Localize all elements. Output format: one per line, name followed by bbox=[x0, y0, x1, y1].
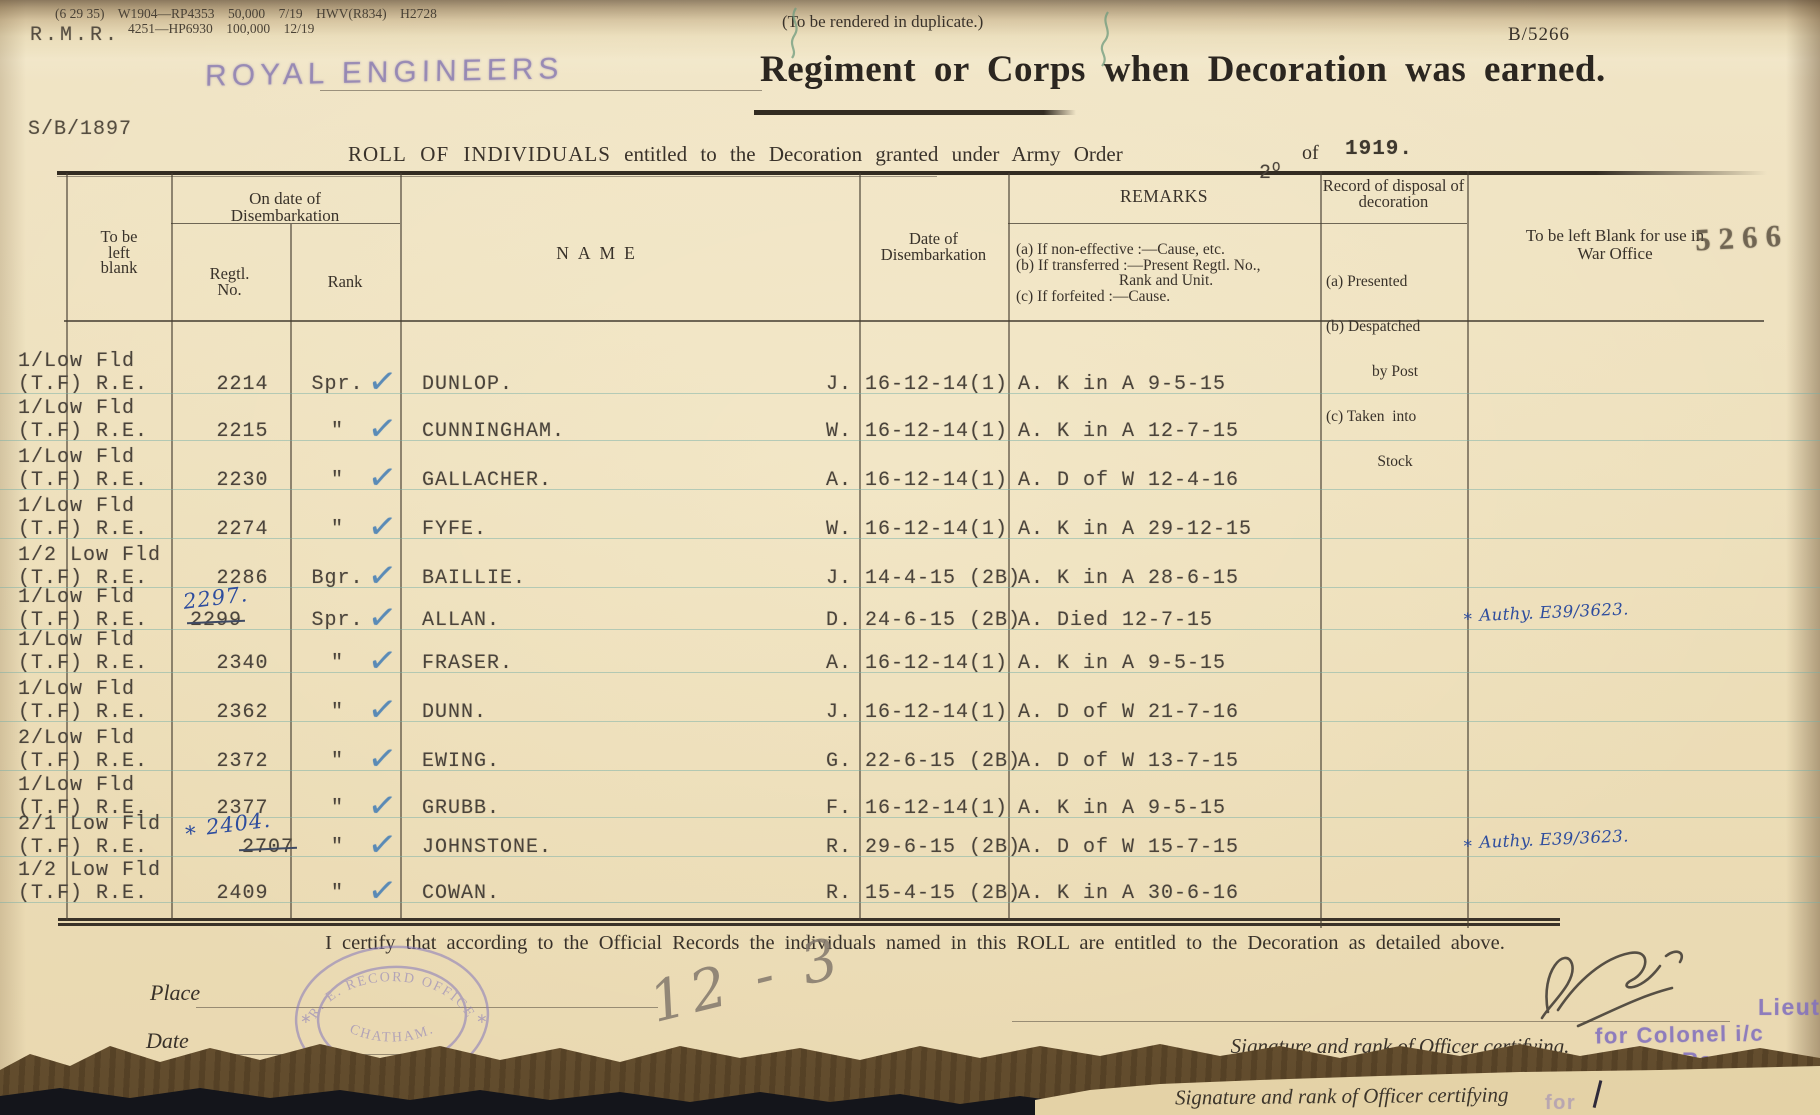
print-code-line2: 4251—HP6930 100,000 12/19 bbox=[128, 21, 314, 37]
row-remarks: A. K in A 12-7-15 bbox=[1018, 422, 1239, 442]
header-record-of-disposal: Record of disposal of decoration bbox=[1320, 178, 1467, 209]
remarks-note-a: (a) If non-effective :—Cause, etc. bbox=[1016, 242, 1316, 258]
row-unit-line1: 1/Low Fld bbox=[18, 352, 135, 372]
row-initial: R. bbox=[800, 838, 852, 858]
row-date-of-disembarkation: 16-12-14(1) bbox=[865, 799, 1008, 819]
row-unit-line1: 1/2 Low Fld bbox=[18, 861, 161, 881]
row-name: GALLACHER. bbox=[422, 471, 552, 491]
row-unit-line2: (T.F) R.E. bbox=[18, 375, 148, 395]
header-rank: Rank bbox=[290, 274, 400, 290]
row-remarks: A. D of W 13-7-15 bbox=[1018, 752, 1239, 772]
checkmark-icon: ✓ bbox=[366, 872, 399, 909]
row-initial: A. bbox=[800, 471, 852, 491]
row-regtl-no: 2215 bbox=[190, 422, 295, 442]
rmr-label: R.M.R. bbox=[30, 26, 120, 46]
print-code-line1: (6 29 35) W1904—RP4353 50,000 7/19 HWV(R… bbox=[55, 6, 437, 22]
row-unit-line2: (T.F) R.E. bbox=[18, 884, 148, 904]
row-date-of-disembarkation: 16-12-14(1) bbox=[865, 703, 1008, 723]
row-unit-line2: (T.F) R.E. bbox=[18, 752, 148, 772]
disposal-underline bbox=[1320, 223, 1467, 224]
row-unit-line2: (T.F) R.E. bbox=[18, 654, 148, 674]
row-disposal-note-handwritten: ∗ Authy. E39/3623. bbox=[1462, 600, 1630, 624]
row-remarks: A. K in A 9-5-15 bbox=[1018, 654, 1226, 674]
header-to-be-left-blank: To be left blank bbox=[88, 229, 150, 276]
row-remarks: A. K in A 28-6-15 bbox=[1018, 569, 1239, 589]
row-unit-line1: 1/Low Fld bbox=[18, 399, 135, 419]
row-date-of-disembarkation: 22-6-15 (2B) bbox=[865, 752, 1021, 772]
row-initial: J. bbox=[800, 569, 852, 589]
army-order-of: of bbox=[1302, 142, 1319, 165]
checkmark-icon: ✓ bbox=[366, 642, 399, 679]
row-regtl-no: 2362 bbox=[190, 703, 295, 723]
date-label: Date bbox=[146, 1028, 189, 1054]
checkmark-icon: ✓ bbox=[366, 740, 399, 777]
row-regtl-no-struck: 2707 bbox=[242, 836, 294, 859]
row-remarks: A. D of W 21-7-16 bbox=[1018, 703, 1239, 723]
row-regtl-no-struck: 2299 bbox=[190, 609, 242, 632]
page-number-stamp: 5266 bbox=[1694, 218, 1790, 259]
row-name: JOHNSTONE. bbox=[422, 838, 552, 858]
row-date-of-disembarkation: 16-12-14(1) bbox=[865, 375, 1008, 395]
row-name: DUNLOP. bbox=[422, 375, 513, 395]
checkmark-icon: ✓ bbox=[366, 410, 399, 447]
row-date-of-disembarkation: 14-4-15 (2B) bbox=[865, 569, 1021, 589]
header-remarks-notes: (a) If non-effective :—Cause, etc. (b) I… bbox=[1016, 242, 1316, 304]
row-unit-line1: 2/1 Low Fld bbox=[18, 815, 161, 835]
reference-number: B/5266 bbox=[1508, 24, 1570, 46]
roll-title: ROLL OF INDIVIDUALS entitled to the Deco… bbox=[348, 142, 1123, 167]
row-date-of-disembarkation: 24-6-15 (2B) bbox=[865, 611, 1021, 631]
row-name: EWING. bbox=[422, 752, 500, 772]
roll-title-caps: ROLL OF INDIVIDUALS bbox=[348, 142, 611, 166]
lieut-stamp: Lieut bbox=[1758, 994, 1820, 1021]
table-bottom-border bbox=[58, 918, 1560, 921]
svg-text:CHATHAM.: CHATHAM. bbox=[347, 1022, 436, 1046]
for-colonel-stamp: for Colonel i/c bbox=[1595, 1021, 1765, 1050]
checkmark-icon: ✓ bbox=[366, 363, 399, 400]
row-initial: A. bbox=[800, 654, 852, 674]
row-unit-line1: 1/Low Fld bbox=[18, 776, 135, 796]
row-regtl-no: 2409 bbox=[190, 884, 295, 904]
row-initial: D. bbox=[800, 611, 852, 631]
row-unit-line2: (T.F) R.E. bbox=[18, 520, 148, 540]
row-unit-line2: (T.F) R.E. bbox=[18, 838, 148, 858]
row-date-of-disembarkation: 16-12-14(1) bbox=[865, 422, 1008, 442]
row-remarks: A. K in A 29-12-15 bbox=[1018, 520, 1252, 540]
document-page: (6 29 35) W1904—RP4353 50,000 7/19 HWV(R… bbox=[0, 0, 1820, 1115]
regiment-stamp: ROYAL ENGINEERS bbox=[205, 52, 564, 94]
title-underline bbox=[754, 110, 1076, 115]
table-header-separator bbox=[64, 320, 1764, 322]
row-unit-line1: 1/Low Fld bbox=[18, 631, 135, 651]
row-unit-line2: (T.F) R.E. bbox=[18, 611, 148, 631]
signature-line bbox=[1012, 1021, 1730, 1022]
row-initial: J. bbox=[800, 703, 852, 723]
disposal-note-b: (b) Despatched bbox=[1326, 319, 1464, 334]
roll-title-rest: entitled to the Decoration granted under… bbox=[611, 142, 1123, 166]
disposal-note-b2: by Post bbox=[1326, 364, 1464, 379]
row-regtl-no: 2230 bbox=[190, 471, 295, 491]
row-date-of-disembarkation: 16-12-14(1) bbox=[865, 654, 1008, 674]
row-unit-line1: 1/Low Fld bbox=[18, 448, 135, 468]
duplicate-note: (To be rendered in duplicate.) bbox=[782, 12, 983, 32]
row-remarks: A. D of W 15-7-15 bbox=[1018, 838, 1239, 858]
row-name: ALLAN. bbox=[422, 611, 500, 631]
row-initial: R. bbox=[800, 884, 852, 904]
row-unit-line2: (T.F) R.E. bbox=[18, 422, 148, 442]
checkmark-icon: ✓ bbox=[366, 459, 399, 496]
row-initial: W. bbox=[800, 520, 852, 540]
table-vline-blank-regtl bbox=[171, 173, 173, 920]
row-remarks: A. D of W 12-4-16 bbox=[1018, 471, 1239, 491]
table-top-border-companion bbox=[57, 176, 937, 177]
row-date-of-disembarkation: 29-6-15 (2B) bbox=[865, 838, 1021, 858]
remarks-note-b2: Rank and Unit. bbox=[1016, 273, 1316, 289]
table-vline-remarks-disposal bbox=[1320, 171, 1322, 928]
row-name: BAILLIE. bbox=[422, 569, 526, 589]
svg-text:∗: ∗ bbox=[476, 1012, 490, 1027]
row-regtl-no: 2274 bbox=[190, 520, 295, 540]
row-unit-line1: 1/Low Fld bbox=[18, 680, 135, 700]
header-name: NAME bbox=[400, 243, 800, 264]
table-top-border bbox=[57, 171, 1767, 175]
row-unit-line2: (T.F) R.E. bbox=[18, 471, 148, 491]
checkmark-icon: ✓ bbox=[366, 787, 399, 824]
row-disposal-note-handwritten: ∗ Authy. E39/3623. bbox=[1462, 827, 1630, 851]
row-remarks: A. K in A 9-5-15 bbox=[1018, 799, 1226, 819]
row-name: GRUBB. bbox=[422, 799, 500, 819]
disposal-note-c2: Stock bbox=[1326, 454, 1464, 469]
file-reference: S/B/1897 bbox=[28, 120, 132, 140]
table-bottom-border2 bbox=[58, 923, 1560, 926]
army-order-number: 2O bbox=[1207, 138, 1281, 204]
row-name: CUNNINGHAM. bbox=[422, 422, 565, 442]
row-unit-line1: 1/Low Fld bbox=[18, 497, 135, 517]
row-initial: G. bbox=[800, 752, 852, 772]
row-unit-line1: 1/Low Fld bbox=[18, 588, 135, 608]
underpage-stamp-fragment: for bbox=[1545, 1092, 1576, 1115]
svg-text:R. E. RECORD OFFICE: R. E. RECORD OFFICE bbox=[306, 970, 478, 1021]
remarks-underline bbox=[1008, 223, 1320, 224]
row-initial: F. bbox=[800, 799, 852, 819]
row-date-of-disembarkation: 16-12-14(1) bbox=[865, 520, 1008, 540]
row-name: DUNN. bbox=[422, 703, 487, 723]
checkmark-icon: ✓ bbox=[366, 557, 399, 594]
disposal-note-a: (a) Presented bbox=[1326, 274, 1464, 289]
header-regtl-no: Regtl. No. bbox=[202, 266, 257, 297]
table-vline-date-remarks bbox=[1008, 173, 1010, 920]
header-war-office-blank: To be left Blank for use in War Office bbox=[1520, 227, 1710, 262]
row-date-of-disembarkation: 15-4-15 (2B) bbox=[865, 884, 1021, 904]
stamp-baseline bbox=[320, 90, 762, 91]
row-remarks: A. K in A 9-5-15 bbox=[1018, 375, 1226, 395]
checkmark-icon: ✓ bbox=[366, 691, 399, 728]
header-date-of-disembarkation: Date of Disembarkation bbox=[859, 231, 1008, 262]
row-name: COWAN. bbox=[422, 884, 500, 904]
row-regtl-no: 2340 bbox=[190, 654, 295, 674]
row-name: FYFE. bbox=[422, 520, 487, 540]
table-vline-disposal-waroffice bbox=[1467, 171, 1469, 928]
checkmark-icon: ✓ bbox=[366, 826, 399, 863]
row-regtl-no: 2372 bbox=[190, 752, 295, 772]
underpage-signature-caption: Signature and rank of Officer certifying bbox=[1175, 1083, 1509, 1111]
header-on-date-group: On date of Disembarkation bbox=[220, 190, 350, 224]
row-unit-line2: (T.F) R.E. bbox=[18, 703, 148, 723]
row-unit-line1: 2/Low Fld bbox=[18, 729, 135, 749]
checkmark-icon: ✓ bbox=[366, 599, 399, 636]
place-label: Place bbox=[150, 980, 200, 1006]
checkmark-icon: ✓ bbox=[366, 508, 399, 545]
table-vline-name-date bbox=[859, 173, 861, 920]
row-initial: J. bbox=[800, 375, 852, 395]
row-remarks: A. K in A 30-6-16 bbox=[1018, 884, 1239, 904]
header-disposal-notes: (a) Presented (b) Despatched by Post (c)… bbox=[1326, 244, 1464, 499]
row-regtl-no: 2214 bbox=[190, 375, 295, 395]
row-remarks: A. Died 12-7-15 bbox=[1018, 611, 1213, 631]
remarks-note-c: (c) If forfeited :—Cause. bbox=[1016, 289, 1316, 305]
page-title: Regiment or Corps when Decoration was ea… bbox=[760, 48, 1606, 91]
row-name: FRASER. bbox=[422, 654, 513, 674]
remarks-note-b: (b) If transferred :—Present Regtl. No., bbox=[1016, 258, 1316, 274]
row-date-of-disembarkation: 16-12-14(1) bbox=[865, 471, 1008, 491]
army-order-year: 1919. bbox=[1345, 140, 1413, 160]
table-vline-rank-name bbox=[400, 173, 402, 920]
row-unit-line1: 1/2 Low Fld bbox=[18, 546, 161, 566]
row-initial: W. bbox=[800, 422, 852, 442]
svg-text:∗: ∗ bbox=[300, 1012, 314, 1027]
disposal-note-c: (c) Taken into bbox=[1326, 409, 1464, 424]
